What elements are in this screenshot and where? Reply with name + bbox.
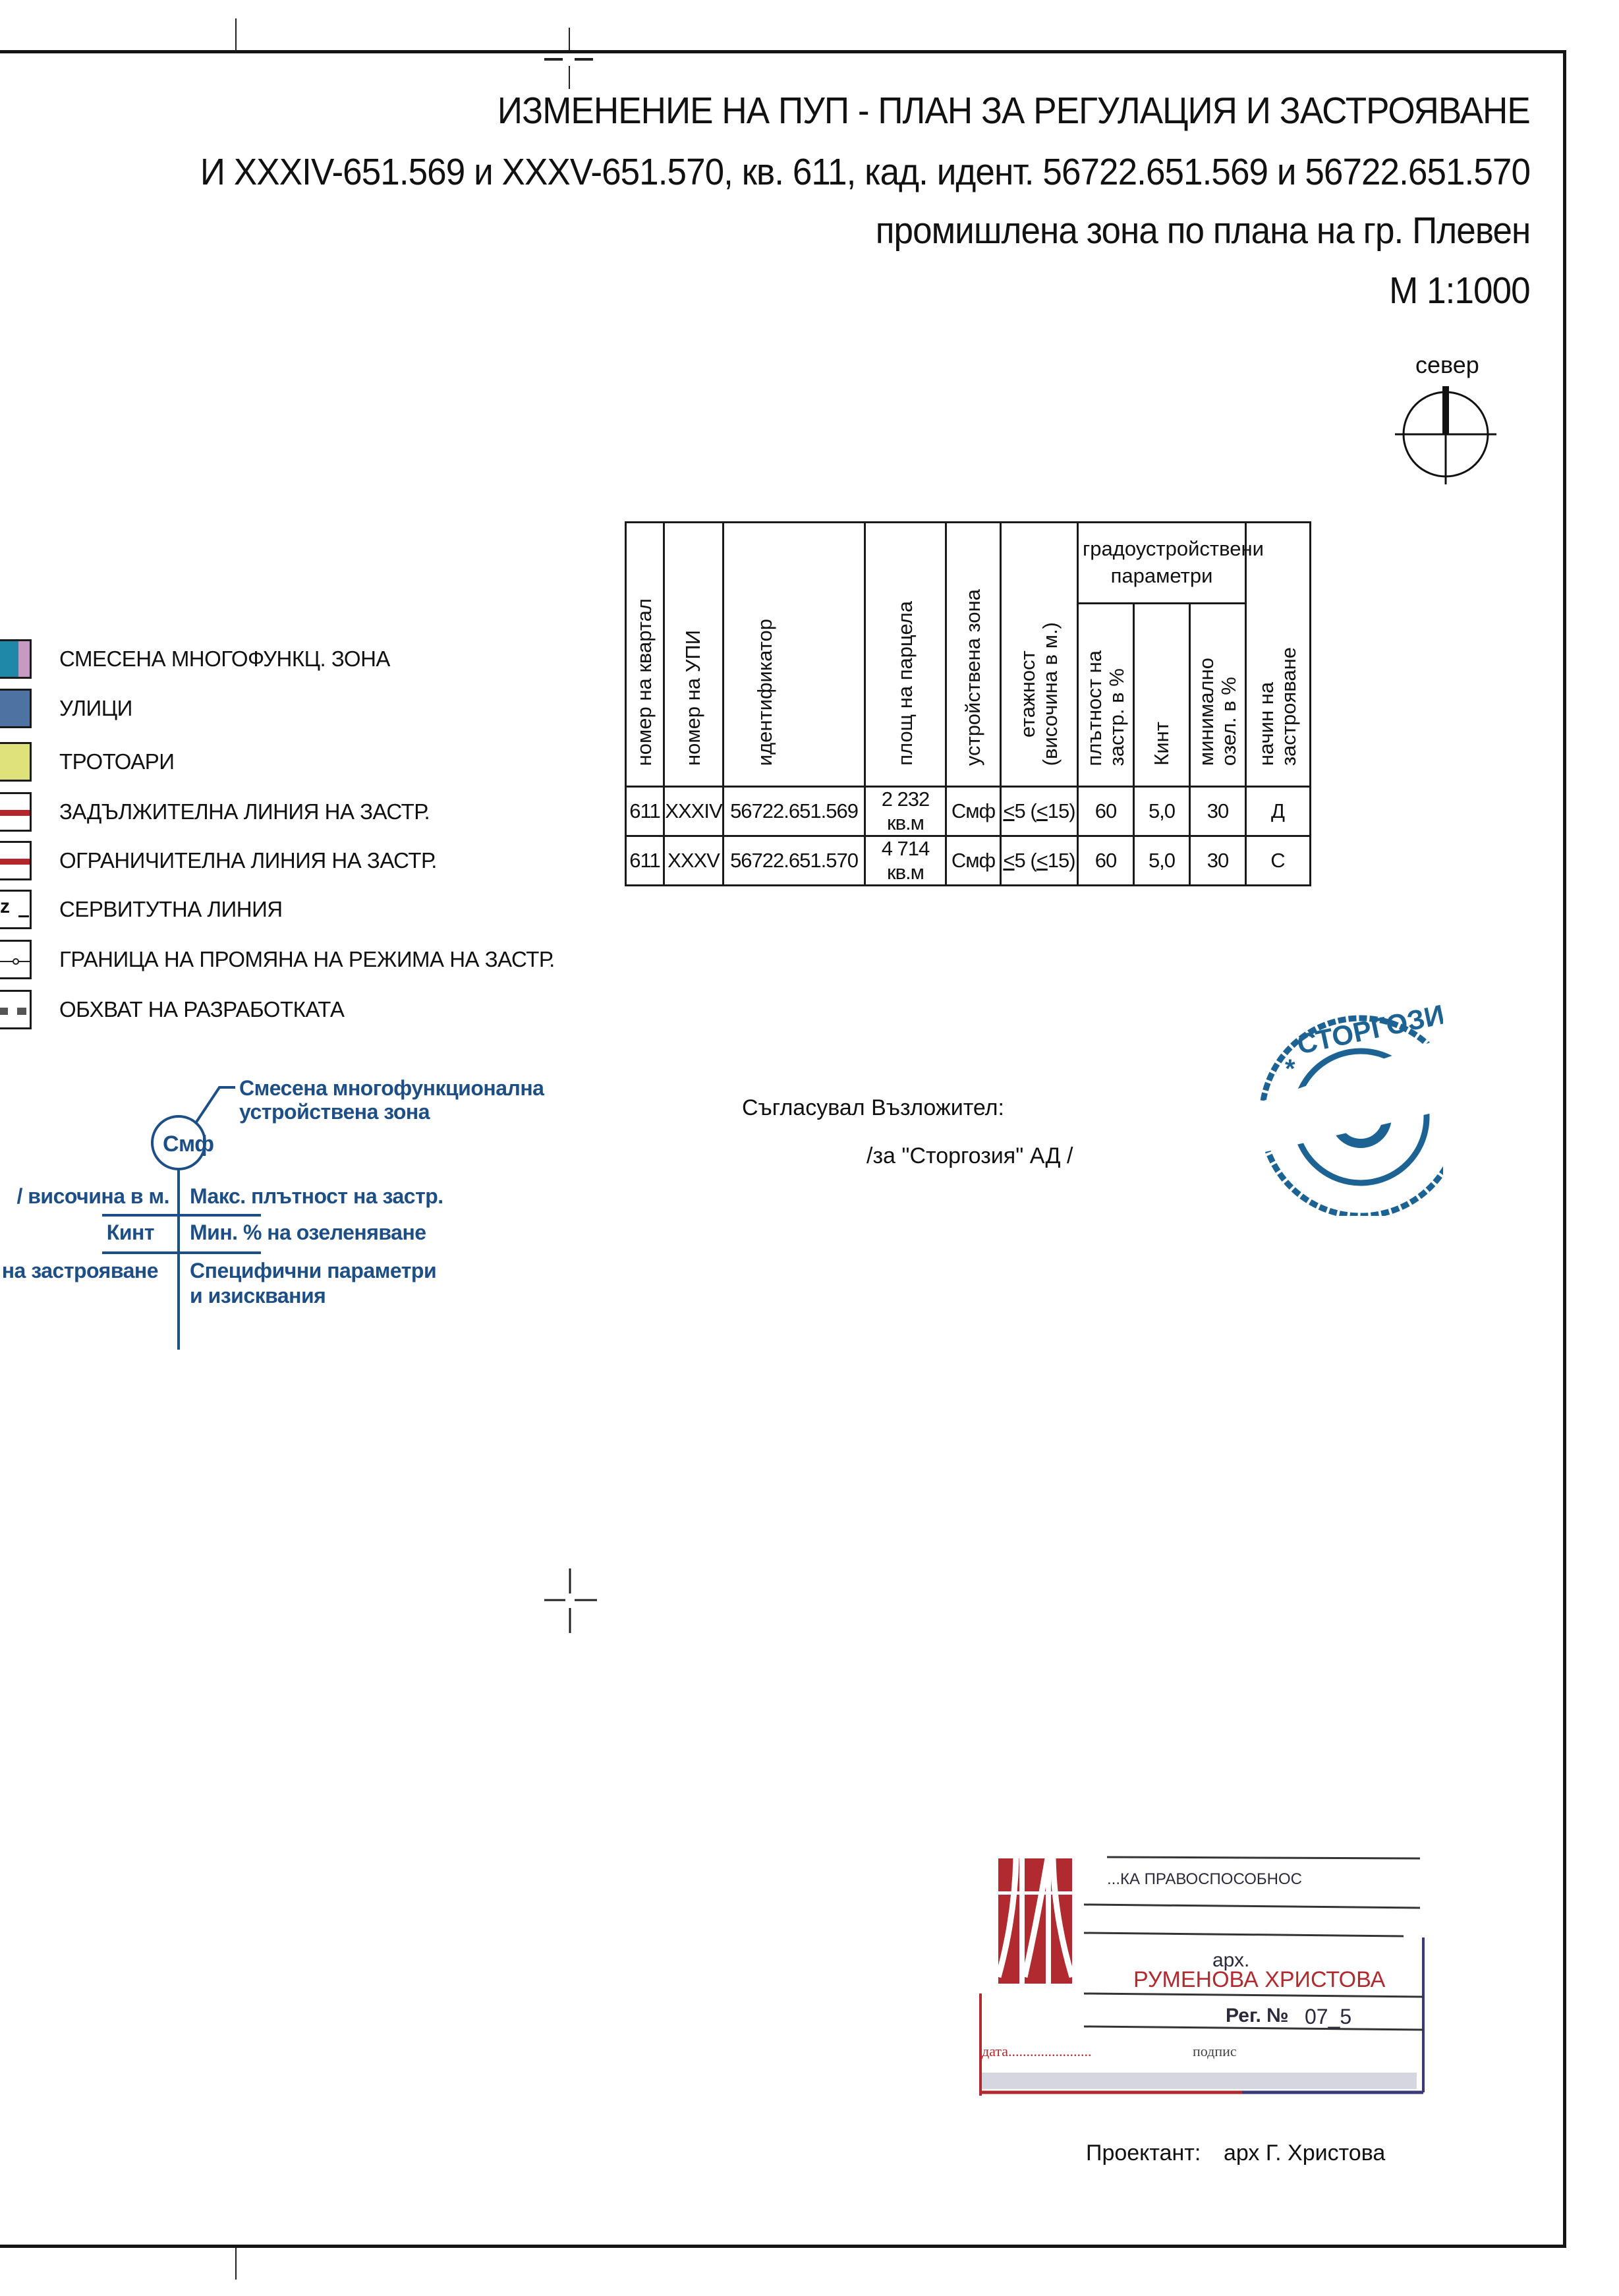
approval-label: Съгласувал Възложител: <box>742 1095 1004 1121</box>
svg-text:*: * <box>1285 1054 1295 1083</box>
header-text: градоустройствени параметри <box>1083 536 1241 589</box>
header-urban-parameters: градоустройствени параметри <box>1078 523 1246 604</box>
stamp-header: ...КА ПРАВОСПОСОБНОС <box>1107 1870 1302 1889</box>
cell-block-number: 611 <box>626 787 664 836</box>
cell-kint: 5,0 <box>1134 787 1190 836</box>
scheme-right-specific-2: и изисквания <box>190 1284 326 1308</box>
legend-item-scope: ОБХВАТ НА РАЗРАБОТКАТА <box>0 990 344 1029</box>
header-kint: Кинт <box>1134 603 1190 786</box>
scope-dashed-line-icon <box>0 990 32 1029</box>
designer-label: Проектант: <box>1086 2140 1201 2166</box>
cell-identifier: 56722.651.570 <box>724 836 865 886</box>
table-row: 611 XXXIV 56722.651.569 2 232 кв.м Смф <… <box>626 787 1311 836</box>
cell-upi-number: XXXIV <box>664 787 724 836</box>
company-stamp-icon: СТОРГОЗИ * <box>1245 992 1509 1216</box>
legend-label: ТРОТОАРИ <box>59 749 174 774</box>
designer-name: арх Г. Христова <box>1224 2140 1385 2166</box>
stamp-reg-label: Рег. № <box>1226 2005 1289 2027</box>
legend-label: СМЕСЕНА МНОГОФУНКЦ. ЗОНА <box>59 646 390 672</box>
legend-label: ОГРАНИЧИТЕЛНА ЛИНИЯ НА ЗАСТР. <box>59 848 437 873</box>
header-text: площ на парцела <box>894 601 917 766</box>
header-building-mode: начин на застрояване <box>1246 523 1311 787</box>
streets-swatch-icon <box>0 689 32 728</box>
north-label: север <box>1415 351 1479 379</box>
scheme-zone-description-2: устройствена зона <box>239 1100 430 1124</box>
cell-parcel-area: 4 714 кв.м <box>865 836 946 886</box>
document-subtitle-location: промишлена зона по плана на гр. Плевен <box>875 209 1530 252</box>
header-text: плътност на застр. в % <box>1083 650 1128 766</box>
scheme-zone-description-1: Смесена многофункционална <box>239 1076 544 1101</box>
cell-building-mode: С <box>1246 836 1311 886</box>
table-row: 611 XXXV 56722.651.570 4 714 кв.м Смф <5… <box>626 836 1311 886</box>
sidewalks-swatch-icon <box>0 742 32 782</box>
cell-green: 30 <box>1190 787 1246 836</box>
header-text: етажност (височина в м.) <box>1017 622 1062 766</box>
regime-boundary-line-icon <box>0 940 32 979</box>
header-text: начин на застрояване <box>1255 647 1300 766</box>
registration-crosshair-center <box>534 1562 606 1634</box>
document-title: ИЗМЕНЕНИЕ НА ПУП - ПЛАН ЗА РЕГУЛАЦИЯ И З… <box>497 89 1530 132</box>
legend-item-streets: УЛИЦИ <box>0 689 132 728</box>
stamp-reg-value: 07_5 <box>1305 2005 1351 2029</box>
scheme-left-kint: Кинт <box>107 1220 154 1245</box>
legend-label: СЕРВИТУТНА ЛИНИЯ <box>59 897 283 922</box>
mixed-zone-swatch-icon <box>0 639 32 679</box>
header-identifier: идентификатор <box>724 523 865 787</box>
easement-line-icon: z <box>0 890 32 929</box>
header-parcel-area: площ на парцела <box>865 523 946 787</box>
easement-glyph: z <box>0 896 10 918</box>
legend-item-easement-line: z СЕРВИТУТНА ЛИНИЯ <box>0 890 283 929</box>
cell-density: 60 <box>1078 836 1134 886</box>
header-floors: етажност (височина в м.) <box>1001 523 1078 787</box>
header-zone: устройствена зона <box>946 523 1001 787</box>
cell-kint: 5,0 <box>1134 836 1190 886</box>
limiting-line-icon <box>0 841 32 880</box>
legend-item-mandatory-line: ЗАДЪЛЖИТЕЛНА ЛИНИЯ НА ЗАСТР. <box>0 792 430 832</box>
cell-density: 60 <box>1078 787 1134 836</box>
document-scale: М 1:1000 <box>1389 269 1530 312</box>
fold-mark-top-left <box>235 18 237 51</box>
stamp-date-label: дата....................... <box>982 2043 1092 2060</box>
scheme-right-green: Мин. % на озеленяване <box>190 1220 426 1245</box>
stamp-signature-label: подпис <box>1193 2043 1237 2060</box>
cell-zone: Смф <box>946 836 1001 886</box>
scheme-zone-code: Смф <box>163 1132 214 1157</box>
cell-green: 30 <box>1190 836 1246 886</box>
header-green: минимално озел. в % <box>1190 603 1246 786</box>
header-text: минимално озел. в % <box>1195 658 1240 766</box>
stamp-name: РУМЕНОВА ХРИСТОВА <box>1133 1967 1385 1993</box>
legend-item-limiting-line: ОГРАНИЧИТЕЛНА ЛИНИЯ НА ЗАСТР. <box>0 841 437 880</box>
parameters-table: номер на квартал номер на УПИ идентифика… <box>625 521 1311 886</box>
header-text: устройствена зона <box>962 589 984 766</box>
legend-label: УЛИЦИ <box>59 696 132 721</box>
scheme-left-building-mode: на застрояване <box>2 1259 158 1283</box>
header-text: номер на квартал <box>633 598 656 766</box>
scheme-right-specific-1: Специфични параметри <box>190 1259 436 1283</box>
registration-crosshair-top <box>534 26 606 92</box>
header-text: идентификатор <box>754 619 776 766</box>
cell-upi-number: XXXV <box>664 836 724 886</box>
fold-mark-bottom-left <box>235 2248 237 2280</box>
header-text: Кинт <box>1150 722 1173 766</box>
legend-item-mixed-zone: СМЕСЕНА МНОГОФУНКЦ. ЗОНА <box>0 639 390 679</box>
legend-item-regime-boundary: ГРАНИЦА НА ПРОМЯНА НА РЕЖИМА НА ЗАСТР. <box>0 940 555 979</box>
header-text: номер на УПИ <box>682 630 704 766</box>
designer-stamp: ...КА ПРАВОСПОСОБНОС арх. РУМЕНОВА ХРИСТ… <box>975 1819 1436 2096</box>
cell-building-mode: Д <box>1246 787 1311 836</box>
document-subtitle-parcels: И XXXIV-651.569 и XXXV-651.570, кв. 611,… <box>200 150 1530 194</box>
mandatory-line-icon <box>0 792 32 832</box>
drawing-frame-right <box>1563 50 1566 2248</box>
cell-floors: <5 (<15) <box>1001 787 1078 836</box>
legend-label: ЗАДЪЛЖИТЕЛНА ЛИНИЯ НА ЗАСТР. <box>59 799 430 824</box>
north-arrow-icon <box>1394 382 1499 488</box>
scheme-left-height: / височина в м. <box>16 1184 169 1209</box>
legend-label: ОБХВАТ НА РАЗРАБОТКАТА <box>59 997 344 1022</box>
scheme-right-density: Макс. плътност на застр. <box>190 1184 443 1209</box>
cell-identifier: 56722.651.569 <box>724 787 865 836</box>
cell-zone: Смф <box>946 787 1001 836</box>
header-upi-number: номер на УПИ <box>664 523 724 787</box>
header-block-number: номер на квартал <box>626 523 664 787</box>
legend-label: ГРАНИЦА НА ПРОМЯНА НА РЕЖИМА НА ЗАСТР. <box>59 947 555 972</box>
header-density: плътност на застр. в % <box>1078 603 1134 786</box>
cell-block-number: 611 <box>626 836 664 886</box>
approval-company: /за "Сторгозия" АД / <box>866 1143 1073 1169</box>
cell-floors: <5 (<15) <box>1001 836 1078 886</box>
cell-parcel-area: 2 232 кв.м <box>865 787 946 836</box>
legend-item-sidewalks: ТРОТОАРИ <box>0 742 174 782</box>
